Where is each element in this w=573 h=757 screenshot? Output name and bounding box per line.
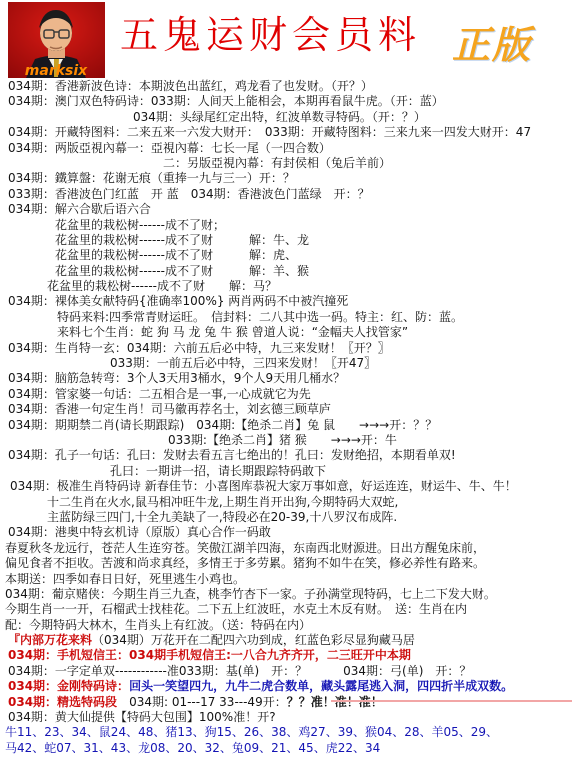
text-segment: 034期：黄大仙提供【特码大包围】100%准！开? bbox=[8, 710, 276, 724]
text-segment: 033期：香港波色门红蓝 开 蓝 034期：香港波色门蓝绿 开：？ bbox=[8, 187, 370, 201]
text-line: 花盆里的栽松树------成不了财 解：虎、 bbox=[0, 248, 573, 263]
text-segment: 034期：手机短信王：034期手机短信王:一八合九齐齐开，二三旺开中本期 bbox=[8, 648, 411, 662]
text-segment: 花盆里的栽松树------成不了财 解：羊、猴 bbox=[55, 264, 309, 278]
text-line: 今期生肖一一开，石榴武士找桂花。二下五上红波旺，水克土木反有财。 送：生肖在内 bbox=[0, 602, 573, 617]
text-line: 033期：香港波色门红蓝 开 蓝 034期：香港波色门蓝绿 开：？ bbox=[0, 187, 573, 202]
text-line: 主蓝防绿三四门,十全九美缺了一,特段必在20-39,十八罗汉布成阵. bbox=[0, 510, 573, 525]
text-segment: 来料七个生肖：蛇 狗 马 龙 兔 牛 猴 曾道人说：“金幅夫人找管家” bbox=[57, 325, 408, 339]
text-line: 034期：香港一句定生肖！司马徽再荐名士，刘玄德三顾草庐 bbox=[0, 402, 573, 417]
text-segment: 034期：两版亞視內幕一：亞視內幕：七长一尾（一四合数） bbox=[8, 141, 331, 155]
text-line: 034期：两版亞視內幕一：亞視內幕：七长一尾（一四合数） bbox=[0, 141, 573, 156]
text-segment: 『内部万花来料 bbox=[8, 633, 92, 647]
text-line: 034期：期期禁二肖(请长期跟踪) 034期:【绝杀二肖】兔 鼠 →→→开：？？ bbox=[0, 418, 573, 433]
text-line: 034期：金刚特码诗：回头一笑望四九，九牛二虎合数单，藏头露尾逃入洞，四四折半成… bbox=[0, 679, 573, 694]
page-header: marksix 五鬼运财会员料 正版 bbox=[0, 0, 573, 80]
text-segment: 034期：香港一句定生肖！司马徽再荐名士，刘玄德三顾草庐 bbox=[8, 402, 331, 416]
text-line: 034期：葡京赌侠：今期生肖三九查，桃李竹杏下一家。子孙满堂现特码，七上二下发大… bbox=[0, 587, 573, 602]
text-segment: 偏见食者不拒收。苦渡和尚求真经，多情王于多劳累。猪狗不如牛在笑，修必养性有路来。 bbox=[5, 556, 485, 570]
text-line: 十二生肖在火水,鼠马相冲旺牛龙,上期生肖开出狗,今期特码大双蛇, bbox=[0, 495, 573, 510]
text-segment: 孔曰：一期讲一招，请长期跟踪特码敢下 bbox=[110, 464, 326, 478]
text-segment: 二：另版亞視內幕：有封侯相（兔后羊前） bbox=[163, 156, 391, 170]
text-line: 花盆里的栽松树------成不了财； bbox=[0, 218, 573, 233]
text-segment: 牛11、23、34、鼠24、48、猪13、狗15、26、38、鸡27、39、猴0… bbox=[5, 725, 498, 739]
text-segment: 034期：裸体美女献特码{准确率100%} 两肖两码不中被汽撞死 bbox=[8, 294, 348, 308]
content-lines: 034期：香港新波色诗：本期波色出蓝红，鸡龙看了也发财。（开？）034期：澳门双… bbox=[0, 79, 573, 756]
portrait-photo: marksix bbox=[8, 2, 105, 78]
text-line: 二：另版亞視內幕：有封侯相（兔后羊前） bbox=[0, 156, 573, 171]
text-line: 春夏秋冬龙远行，苍茫人生连穷苍。笑傲江湖羊四海，东南西北财源进。日出方醒兔床前， bbox=[0, 541, 573, 556]
text-line: 034期：港奥中特玄机诗（原版）真心合作一码敢 bbox=[0, 525, 573, 540]
text-segment: 花盆里的栽松树------成不了财 解：马？ bbox=[47, 279, 277, 293]
text-line: 033期：一前五后必中特，三四来发财！〖开47〗 bbox=[0, 356, 573, 371]
text-line: 034期：管家婆一句话：二五相合是一事,一心成就它为先 bbox=[0, 387, 573, 402]
text-segment: 034期：港奥中特玄机诗（原版）真心合作一码敢 bbox=[8, 525, 271, 539]
text-segment: 034期：鐵算盤：花谢无痕（重捧一九与三一）开：？ bbox=[8, 171, 295, 185]
text-segment: 花盆里的栽松树------成不了财 解：牛、龙 bbox=[55, 233, 309, 247]
text-segment: 034期：解六合歇后语六合 bbox=[8, 202, 151, 216]
text-line: 034期：解六合歇后语六合 bbox=[0, 202, 573, 217]
text-segment: 配：今期特码大林木，生肖头上有红波。（送：特码在内） bbox=[5, 618, 311, 632]
text-line: 034期：孔子一句话：孔曰：发财去看五言七绝出的！孔曰：发财绝招，本期看单双! bbox=[0, 448, 573, 463]
text-segment: 033期:【绝杀二肖】猪 猴 →→→开：牛 bbox=[168, 433, 397, 447]
text-segment: 034期：精选特码段 bbox=[8, 695, 117, 709]
text-line: 配：今期特码大林木，生肖头上有红波。（送：特码在内） bbox=[0, 618, 573, 633]
text-line: 034期：澳门双色特码诗：033期：人间天上能相会，本期再看鼠牛虎。（开：蓝） bbox=[0, 94, 573, 109]
text-segment: 春夏秋冬龙远行，苍茫人生连穷苍。笑傲江湖羊四海，东南西北财源进。日出方醒兔床前， bbox=[5, 541, 485, 555]
text-line: 『内部万花来料（034期）万花开在二配四六功到成，红蓝色彩尽显狗藏马居 bbox=[0, 633, 573, 648]
red-underline bbox=[331, 700, 572, 702]
text-line: 034期：黄大仙提供【特码大包围】100%准！开? bbox=[0, 710, 573, 725]
text-line: 偏见食者不拒收。苦渡和尚求真经，多情王于多劳累。猪狗不如牛在笑，修必养性有路来。 bbox=[0, 556, 573, 571]
text-segment: 花盆里的栽松树------成不了财 解：虎、 bbox=[55, 248, 297, 262]
text-segment: 马42、蛇07、31、43、龙08、20、32、兔09、21、45、虎22、34 bbox=[5, 741, 380, 755]
text-segment: 034期：极准生肖特码诗 新春佳节：小喜图库恭祝大家万事如意，好运连连，财运牛、… bbox=[10, 479, 517, 493]
text-line: 本期送：四季如春日日好，死里逃生小鸡也。 bbox=[0, 572, 573, 587]
text-line: 特码来料:四季常青财运旺。 信封料：二八其中选一码。特主：红、防：蓝。 bbox=[0, 310, 573, 325]
text-line: 034期：手机短信王：034期手机短信王:一八合九齐齐开，二三旺开中本期 bbox=[0, 648, 573, 663]
text-line: 034期：生肖特一玄：034期：六前五后必中特，九三来发财！〖开？〗 bbox=[0, 341, 573, 356]
text-segment: 主蓝防绿三四门,十全九美缺了一,特段必在20-39,十八罗汉布成阵. bbox=[47, 510, 397, 524]
text-segment: 本期送：四季如春日日好，死里逃生小鸡也。 bbox=[5, 572, 245, 586]
text-segment: 特码来料:四季常青财运旺。 信封料：二八其中选一码。特主：红、防：蓝。 bbox=[57, 310, 463, 324]
text-segment: （034期）万花开在二配四六功到成，红蓝色彩尽显狗藏马居 bbox=[92, 633, 415, 647]
text-line: 牛11、23、34、鼠24、48、猪13、狗15、26、38、鸡27、39、猴0… bbox=[0, 725, 573, 740]
text-segment: 034期：期期禁二肖(请长期跟踪) 034期:【绝杀二肖】兔 鼠 →→→开：？？ bbox=[8, 418, 437, 432]
text-line: 花盆里的栽松树------成不了财 解：牛、龙 bbox=[0, 233, 573, 248]
text-line: 034期：脑筋急转弯：3个人3天用3桶水，9个人9天用几桶水？ bbox=[0, 371, 573, 386]
text-line: 花盆里的栽松树------成不了财 解：马？ bbox=[0, 279, 573, 294]
text-line: 034期：头绿尾红定出特，红波单数寻特码。（开：？） bbox=[0, 110, 573, 125]
text-line: 034期：一字定单双------------准033期：基(单) 开：？ 034… bbox=[0, 664, 573, 679]
text-line: 孔曰：一期讲一招，请长期跟踪特码敢下 bbox=[0, 464, 573, 479]
text-segment: 034期：孔子一句话：孔曰：发财去看五言七绝出的！孔曰：发财绝招，本期看单双! bbox=[8, 448, 456, 462]
text-segment: 034期：头绿尾红定出特，红波单数寻特码。（开：？） bbox=[133, 110, 426, 124]
text-segment: 十二生肖在火水,鼠马相冲旺牛龙,上期生肖开出狗,今期特码大双蛇, bbox=[47, 495, 398, 509]
text-segment: 034期：香港新波色诗：本期波色出蓝红，鸡龙看了也发财。（开？） bbox=[8, 79, 373, 93]
text-segment: 回头一笑望四九，九牛二虎合数单，藏头露尾逃入洞，四四折半成双数。 bbox=[129, 679, 513, 693]
text-segment: 今期生肖一一开，石榴武士找桂花。二下五上红波旺，水克土木反有财。 送：生肖在内 bbox=[5, 602, 467, 616]
text-segment: 034期：一字定单双------------准033期：基(单) 开：？ 034… bbox=[8, 664, 471, 678]
photo-watermark-text: marksix bbox=[25, 63, 88, 78]
page-title: 五鬼运财会员料 bbox=[120, 14, 421, 56]
text-segment: 034期: 01---17 33---49开： bbox=[117, 695, 287, 709]
text-segment: 034期：金刚特码诗： bbox=[8, 679, 129, 693]
text-segment: 034期：脑筋急转弯：3个人3天用3桶水，9个人9天用几桶水？ bbox=[8, 371, 345, 385]
text-line: 034期：开藏特图料：二来五来一六发大财开： 033期：开藏特图料：三来九来一四… bbox=[0, 125, 573, 140]
text-line: 034期：极准生肖特码诗 新春佳节：小喜图库恭祝大家万事如意，好运连连，财运牛、… bbox=[0, 479, 573, 494]
text-line: 034期：精选特码段 034期: 01---17 33---49开：？？准！准！… bbox=[0, 695, 573, 710]
text-line: 034期：香港新波色诗：本期波色出蓝红，鸡龙看了也发财。（开？） bbox=[0, 79, 573, 94]
text-segment: 034期：开藏特图料：二来五来一六发大财开： 033期：开藏特图料：三来九来一四… bbox=[8, 125, 531, 139]
text-segment: 花盆里的栽松树------成不了财； bbox=[55, 218, 225, 232]
portrait-image: marksix bbox=[8, 2, 105, 78]
text-segment: 034期：管家婆一句话：二五相合是一事,一心成就它为先 bbox=[8, 387, 311, 401]
text-line: 034期：裸体美女献特码{准确率100%} 两肖两码不中被汽撞死 bbox=[0, 294, 573, 309]
text-line: 034期：鐵算盤：花谢无痕（重捧一九与三一）开：？ bbox=[0, 171, 573, 186]
text-segment: 034期：葡京赌侠：今期生肖三九查，桃李竹杏下一家。子孙满堂现特码，七上二下发大… bbox=[5, 587, 496, 601]
text-segment: 034期：生肖特一玄：034期：六前五后必中特，九三来发财！〖开？〗 bbox=[8, 341, 390, 355]
text-line: 033期:【绝杀二肖】猪 猴 →→→开：牛 bbox=[0, 433, 573, 448]
text-line: 花盆里的栽松树------成不了财 解：羊、猴 bbox=[0, 264, 573, 279]
genuine-badge: 正版 bbox=[452, 14, 532, 69]
text-segment: 033期：一前五后必中特，三四来发财！〖开47〗 bbox=[110, 356, 376, 370]
text-line: 来料七个生肖：蛇 狗 马 龙 兔 牛 猴 曾道人说：“金幅夫人找管家” bbox=[0, 325, 573, 340]
text-line: 马42、蛇07、31、43、龙08、20、32、兔09、21、45、虎22、34 bbox=[0, 741, 573, 756]
text-segment: 034期：澳门双色特码诗：033期：人间天上能相会，本期再看鼠牛虎。（开：蓝） bbox=[8, 94, 444, 108]
